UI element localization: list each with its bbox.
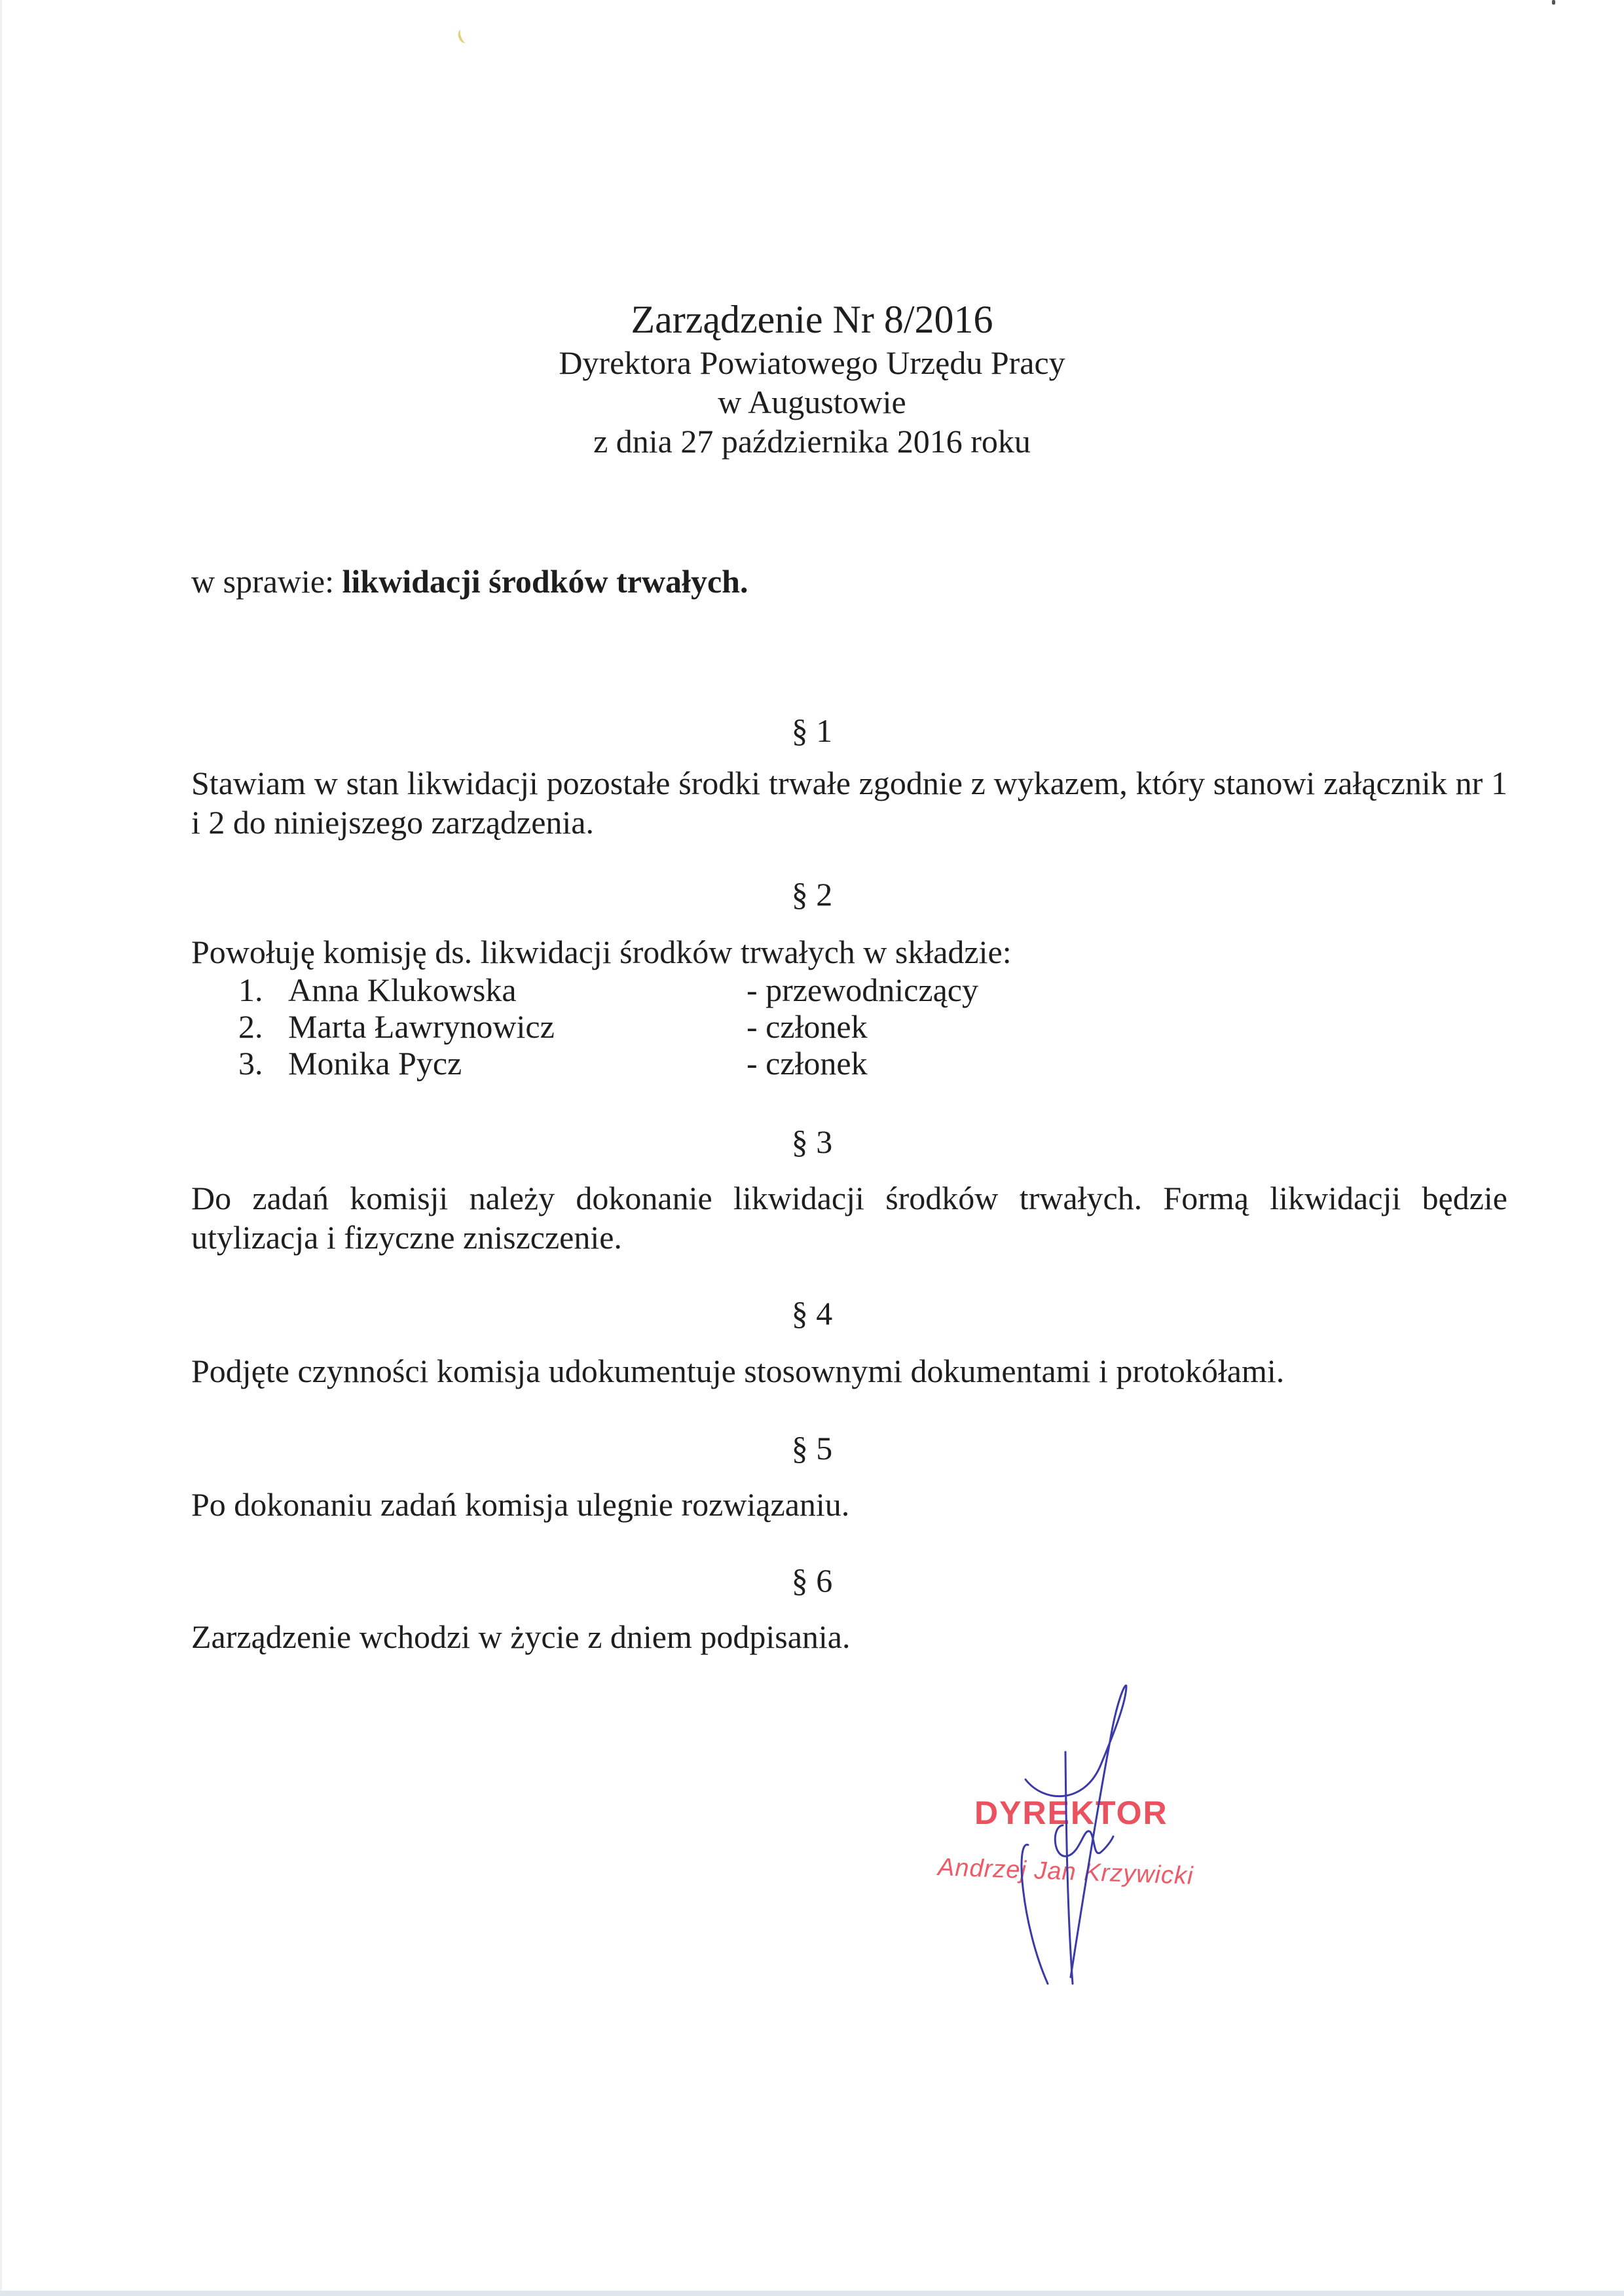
subject-prefix: w sprawie: bbox=[191, 563, 342, 600]
document-title: Zarządzenie Nr 8/2016 bbox=[0, 296, 1624, 343]
handwritten-signature bbox=[904, 1663, 1244, 2003]
member-role: - przewodniczący bbox=[747, 972, 978, 1008]
section-2-text: Powołuję komisję ds. likwidacji środków … bbox=[191, 932, 1507, 972]
member-row: 2. Marta Ławrynowicz - członek bbox=[191, 1008, 1507, 1045]
scan-artifact bbox=[1552, 0, 1555, 5]
section-sign-3: § 3 bbox=[0, 1122, 1624, 1161]
section-sign-2: § 2 bbox=[0, 875, 1624, 914]
member-name: Monika Pycz bbox=[288, 1045, 462, 1082]
section-3-text: Do zadań komisji należy dokonanie likwid… bbox=[191, 1178, 1507, 1257]
section-sign-6: § 6 bbox=[0, 1561, 1624, 1600]
issuer: Dyrektora Powiatowego Urzędu Pracy bbox=[0, 343, 1624, 382]
member-row: 1. Anna Klukowska - przewodniczący bbox=[191, 972, 1507, 1008]
section-6-text: Zarządzenie wchodzi w życie z dniem podp… bbox=[191, 1617, 1507, 1656]
section-5-text: Po dokonaniu zadań komisja ulegnie rozwi… bbox=[191, 1485, 1507, 1524]
section-1-text: Stawiam w stan likwidacji pozostałe środ… bbox=[191, 763, 1507, 842]
section-4-text: Podjęte czynności komisja udokumentuje s… bbox=[191, 1351, 1507, 1391]
member-role: - członek bbox=[747, 1008, 868, 1045]
section-sign-5: § 5 bbox=[0, 1429, 1624, 1468]
member-name: Marta Ławrynowicz bbox=[288, 1008, 555, 1045]
member-list: 1. Anna Klukowska - przewodniczący 2. Ma… bbox=[191, 972, 1507, 1082]
member-number: 2. bbox=[238, 1008, 263, 1045]
member-number: 3. bbox=[238, 1045, 263, 1082]
subject-text: likwidacji środków trwałych. bbox=[342, 563, 748, 600]
member-role: - członek bbox=[747, 1045, 868, 1082]
member-row: 3. Monika Pycz - członek bbox=[191, 1045, 1507, 1082]
section-sign-1: § 1 bbox=[0, 711, 1624, 750]
section-sign-4: § 4 bbox=[0, 1294, 1624, 1333]
document-header: Zarządzenie Nr 8/2016 Dyrektora Powiatow… bbox=[0, 296, 1624, 461]
page-edge bbox=[0, 2291, 1624, 2296]
scan-artifact bbox=[456, 27, 471, 45]
issuer-location: w Augustowie bbox=[0, 382, 1624, 422]
member-number: 1. bbox=[238, 972, 263, 1008]
document-date: z dnia 27 października 2016 roku bbox=[0, 422, 1624, 461]
subject-line: w sprawie: likwidacji środków trwałych. bbox=[191, 562, 1507, 601]
member-name: Anna Klukowska bbox=[288, 972, 517, 1008]
